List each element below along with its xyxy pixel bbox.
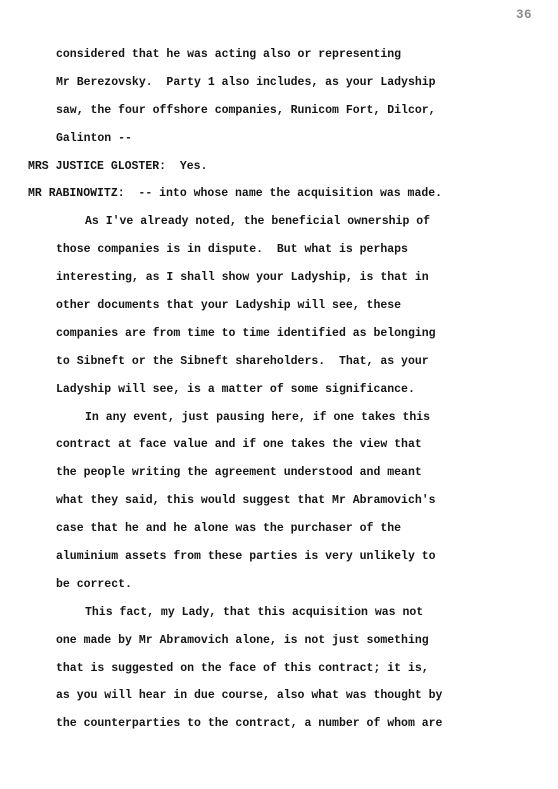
transcript-line: saw, the four offshore companies, Runico… <box>56 97 558 125</box>
transcript-line: In any event, just pausing here, if one … <box>85 404 558 432</box>
transcript-line: This fact, my Lady, that this acquisitio… <box>85 599 558 627</box>
transcript-line: the people writing the agreement underst… <box>56 459 558 487</box>
transcript-line: interesting, as I shall show your Ladysh… <box>56 264 558 292</box>
document-page: 36 considered that he was acting also or… <box>0 0 558 789</box>
transcript-line: one made by Mr Abramovich alone, is not … <box>56 627 558 655</box>
transcript-line: considered that he was acting also or re… <box>56 41 558 69</box>
transcript-line: MRS JUSTICE GLOSTER: Yes. <box>28 153 558 181</box>
transcript-line: Galinton -- <box>56 125 558 153</box>
transcript-line: those companies is in dispute. But what … <box>56 236 558 264</box>
transcript-line: aluminium assets from these parties is v… <box>56 543 558 571</box>
transcript-line: MR RABINOWITZ: -- into whose name the ac… <box>28 180 558 208</box>
transcript: considered that he was acting also or re… <box>28 41 558 738</box>
transcript-line: be correct. <box>56 571 558 599</box>
transcript-line: Mr Berezovsky. Party 1 also includes, as… <box>56 69 558 97</box>
transcript-line: as you will hear in due course, also wha… <box>56 682 558 710</box>
transcript-line: Ladyship will see, is a matter of some s… <box>56 376 558 404</box>
transcript-line: other documents that your Ladyship will … <box>56 292 558 320</box>
transcript-line: contract at face value and if one takes … <box>56 431 558 459</box>
transcript-line: the counterparties to the contract, a nu… <box>56 710 558 738</box>
transcript-line: case that he and he alone was the purcha… <box>56 515 558 543</box>
transcript-line: that is suggested on the face of this co… <box>56 655 558 683</box>
transcript-line: As I've already noted, the beneficial ow… <box>85 208 558 236</box>
transcript-line: companies are from time to time identifi… <box>56 320 558 348</box>
page-number: 36 <box>516 8 532 22</box>
transcript-line: what they said, this would suggest that … <box>56 487 558 515</box>
transcript-line: to Sibneft or the Sibneft shareholders. … <box>56 348 558 376</box>
